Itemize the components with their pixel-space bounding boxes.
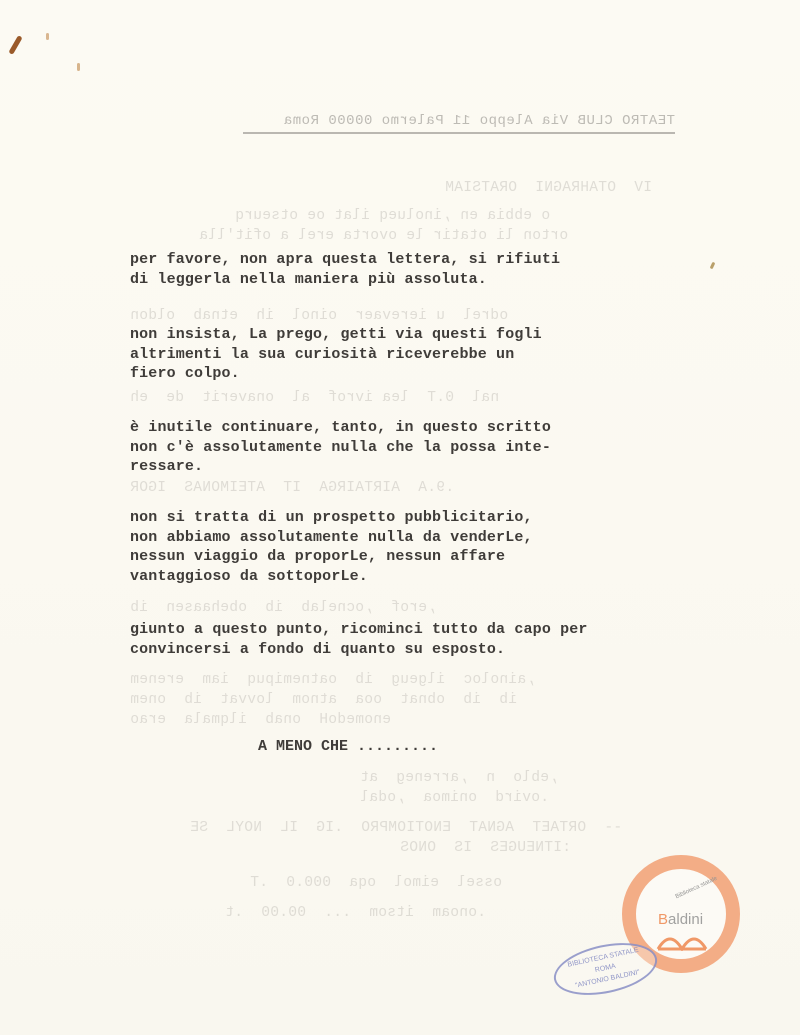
bleed-through-text: .onoam itsom ... 00.00 .t bbox=[225, 905, 486, 921]
letter-paragraph-1: per favore, non apra questa lettera, si … bbox=[130, 250, 650, 289]
bleed-through-text: IV OTAHRAGNI ORATSIAM bbox=[445, 180, 652, 196]
bleed-through-text: enomedoH onab ilqmala erao bbox=[130, 712, 391, 728]
logo-name: Baldini bbox=[658, 911, 703, 928]
bleed-through-text: -- ORTAET AGNAT ENOTIOMPRO .IG IL NOYL S… bbox=[190, 820, 622, 836]
letter-line: non c'è assolutamente nulla che la possa… bbox=[130, 438, 650, 458]
letter-line: di leggerla nella maniera più assoluta. bbox=[130, 270, 650, 290]
library-stamp: BIBLIOTECA STATALE ROMA "ANTONIO BALDINI… bbox=[549, 935, 662, 1004]
letter-line: non insista, La prego, getti via questi … bbox=[130, 325, 650, 345]
bleed-through-text: ib ib obnat ooa atnom lovvat ib onem bbox=[130, 692, 517, 708]
letter-line: è inutile continuare, tanto, in questo s… bbox=[130, 418, 650, 438]
letter-paragraph-2: non insista, La prego, getti via questi … bbox=[130, 325, 650, 384]
letter-paragraph-3: è inutile continuare, tanto, in questo s… bbox=[130, 418, 650, 477]
letter-line: non abbiamo assolutamente nulla da vende… bbox=[130, 528, 650, 548]
letter-line: vantaggioso da sottoporLe. bbox=[130, 567, 650, 587]
letter-line: nessun viaggio da proporLe, nessun affar… bbox=[130, 547, 650, 567]
bleed-through-text: ossel eimol oqa 000.0 .T bbox=[250, 875, 502, 891]
letter-line: giunto a questo punto, ricominci tutto d… bbox=[130, 620, 650, 640]
letter-closing: A MENO CHE ......... bbox=[258, 738, 438, 755]
letter-line: ressare. bbox=[130, 457, 650, 477]
rust-stain bbox=[77, 63, 80, 71]
letter-paragraph-5: giunto a questo punto, ricominci tutto d… bbox=[130, 620, 650, 659]
rust-stain bbox=[46, 33, 49, 40]
letter-paragraph-4: non si tratta di un prospetto pubblicita… bbox=[130, 508, 650, 586]
rust-stain bbox=[710, 262, 716, 270]
letter-line: non si tratta di un prospetto pubblicita… bbox=[130, 508, 650, 528]
letter-line: convincersi a fondo di quanto su esposto… bbox=[130, 640, 650, 660]
letter-line: per favore, non apra questa lettera, si … bbox=[130, 250, 650, 270]
bleed-through-text: ,erof ,ocnelab ib obehaasen ib bbox=[130, 600, 436, 616]
bleed-through-text: odrel u ierevaer oinol ih etnab oldon bbox=[130, 308, 508, 324]
book-arches-icon bbox=[656, 931, 708, 951]
rust-stain bbox=[8, 35, 22, 55]
bleed-through-text: o ebbia en ,inolueq ilat oe otseurq bbox=[190, 208, 550, 224]
letter-line: fiero colpo. bbox=[130, 364, 650, 384]
bleed-through-text: ,ainoloc ilgeug ib oatnemipuq iam erenem bbox=[130, 672, 535, 688]
bleed-through-text: .9.A AIRTAIRGA IT ATEIMONAS IGOR bbox=[130, 480, 454, 496]
bleed-through-header: TEATRO CLUB Via Aleppo 11 Palermo 00000 … bbox=[243, 113, 675, 129]
letter-line: altrimenti la sua curiosità riceverebbe … bbox=[130, 345, 650, 365]
logo-caption: Biblioteca statale bbox=[675, 876, 719, 902]
document-page: TEATRO CLUB Via Aleppo 11 Palermo 00000 … bbox=[0, 0, 800, 1035]
bleed-through-text: :ITNEUGES IS ONOS bbox=[400, 840, 571, 856]
bleed-through-text: .ovird onimoa ,odal bbox=[360, 790, 549, 806]
bleed-through-text: nal 0.T lea ivrof al onaverit de eh bbox=[130, 390, 499, 406]
bleed-through-rule bbox=[243, 132, 675, 134]
bleed-through-text: ,eblo n ,arreneg at bbox=[360, 770, 558, 786]
bleed-through-text: orton li otatir le ovorta erel a ofit'll… bbox=[190, 228, 568, 244]
